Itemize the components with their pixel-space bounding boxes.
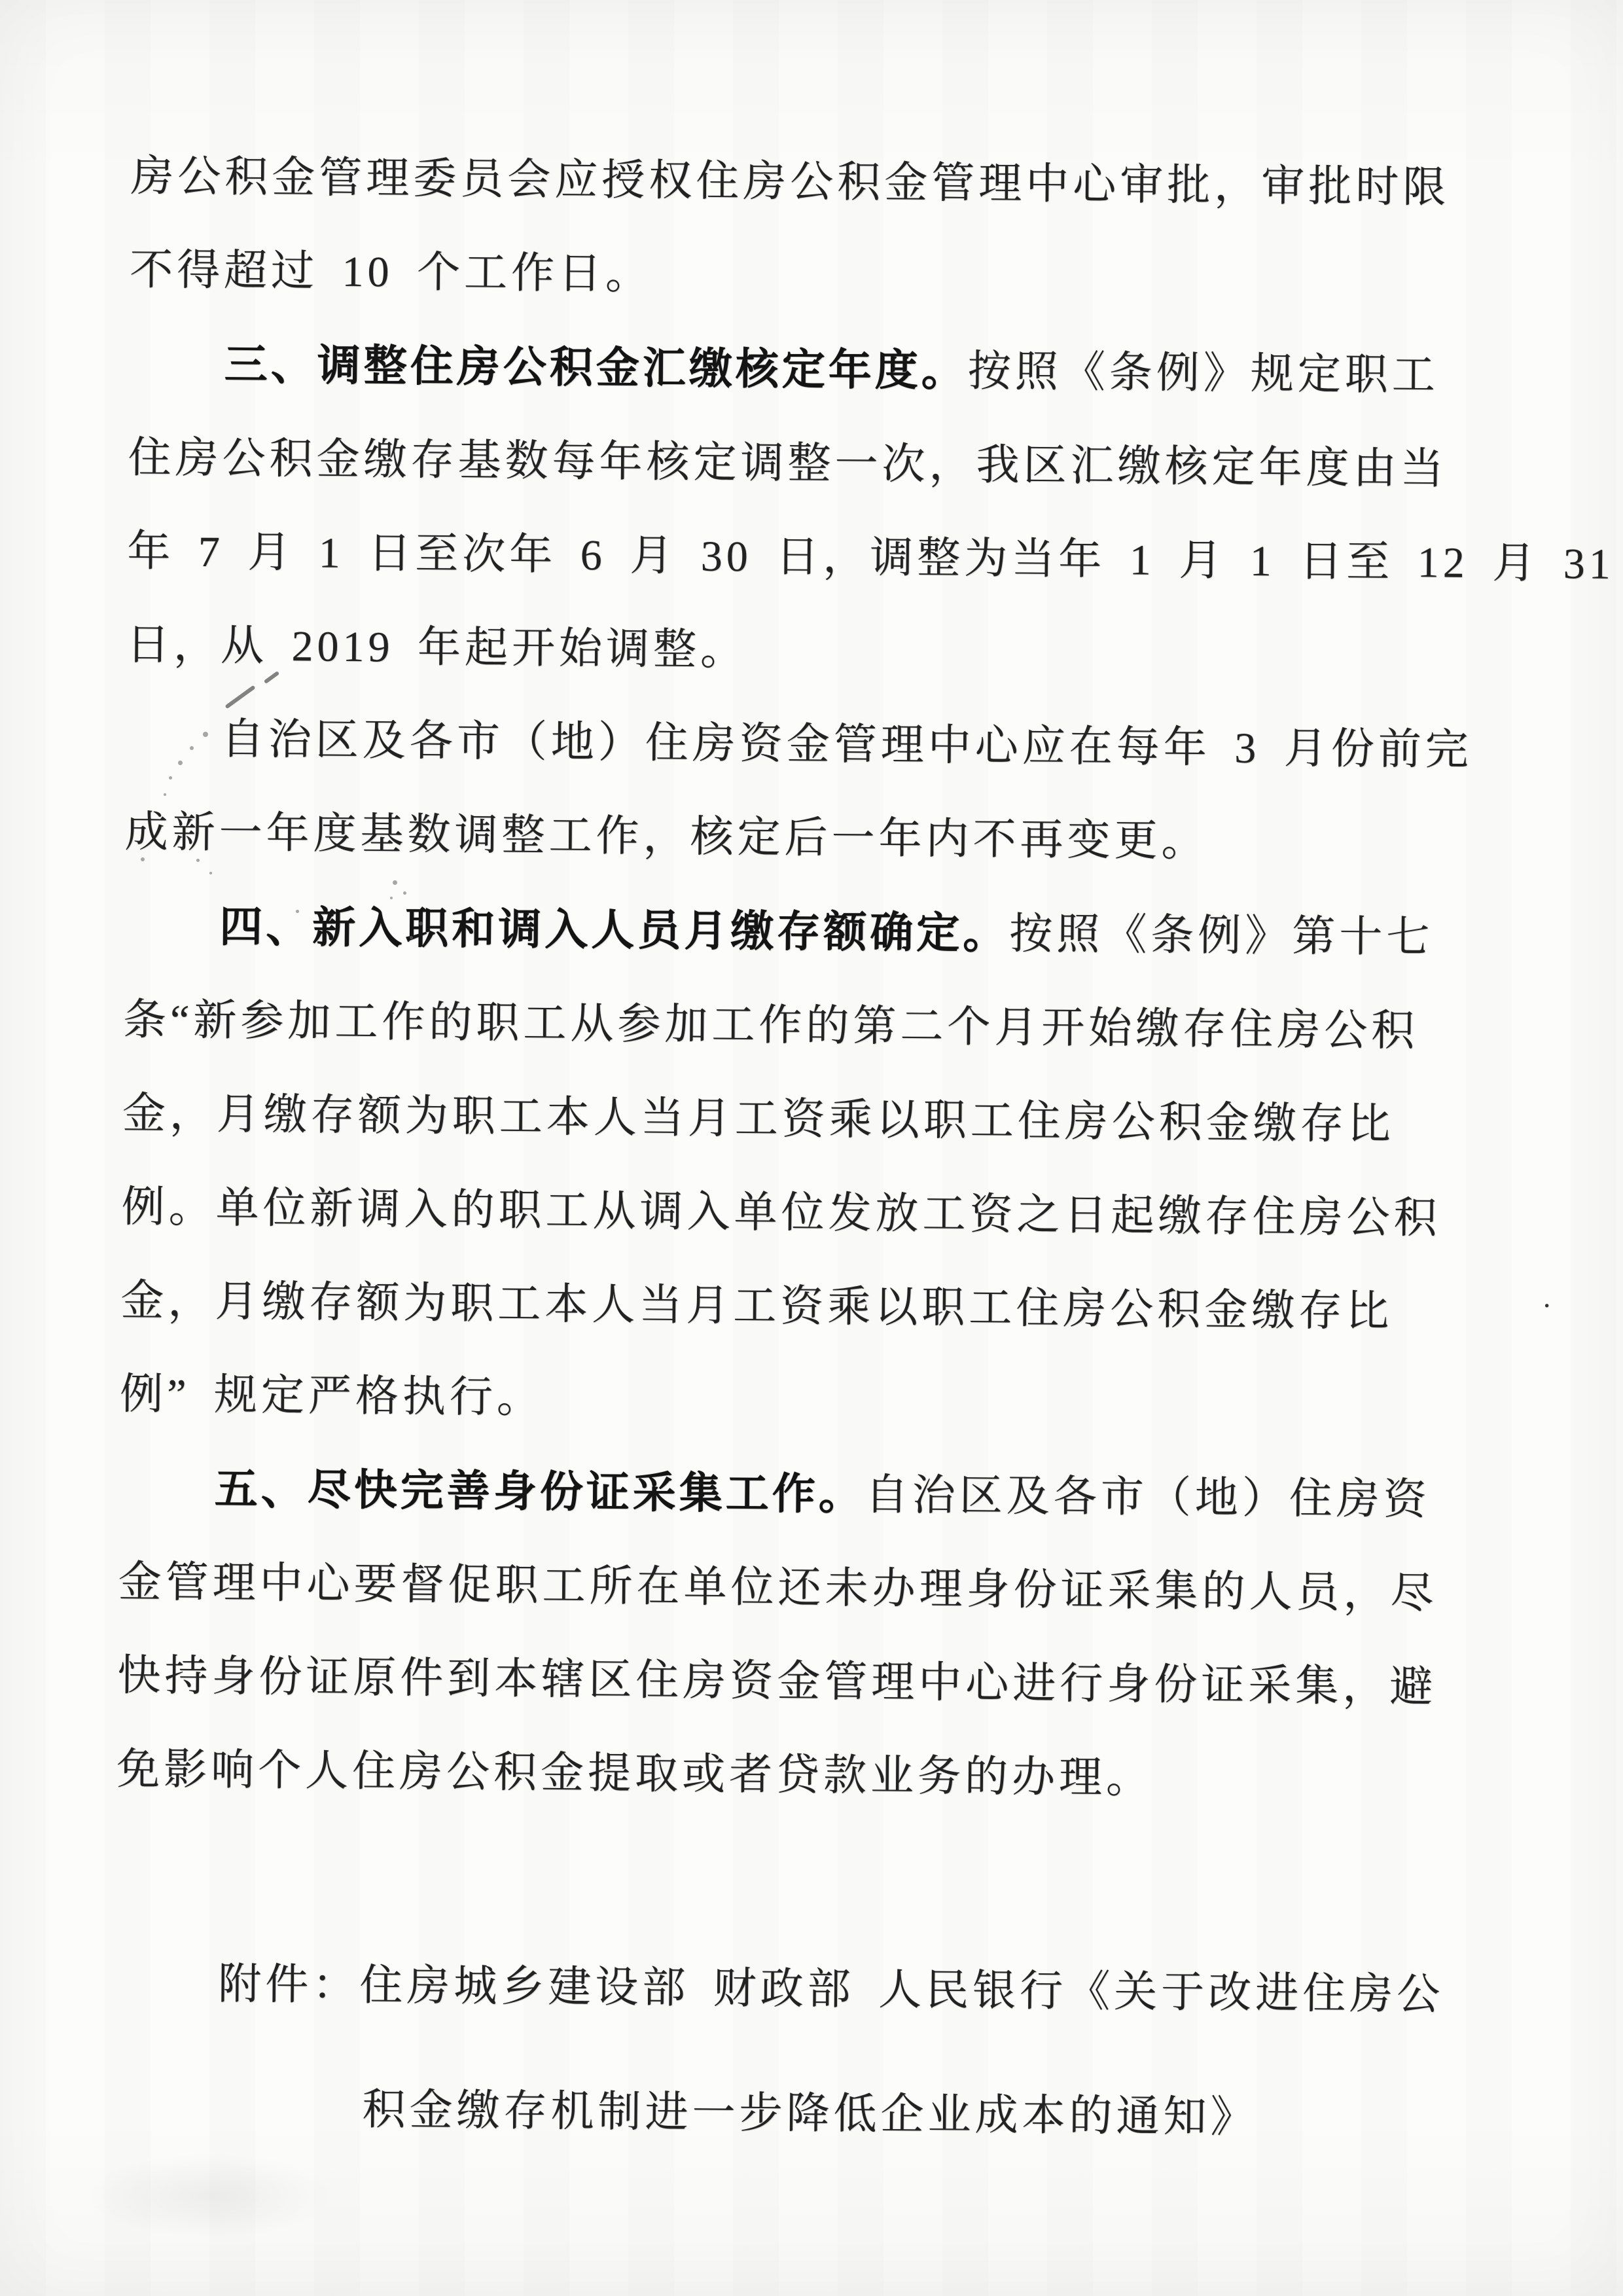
body-run: 日，从 2019 年起开始调整。 xyxy=(126,621,748,674)
body-run: 住房公积金缴存基数每年核定调整一次，我区汇缴核定年度由当 xyxy=(128,434,1448,493)
body-run: 免影响个人住房公积金提取或者贷款业务的办理。 xyxy=(116,1746,1154,1803)
scan-speckle xyxy=(196,859,200,862)
attachment-block: 附件：住房城乡建设部 财政部 人民银行《关于改进住房公 积金缴存机制进一步降低企… xyxy=(113,1922,1463,2182)
body-line-11: 金，月缴存额为职工本人当月工资乘以职工住房公积金缴存比 xyxy=(122,1067,1471,1172)
heading-run: 三、调整住房公积金汇缴核定年度。 xyxy=(224,340,969,395)
body-run: 自治区及各市（地）住房资 xyxy=(865,1471,1431,1524)
body-run: 例。单位新调入的职工从调入单位发放工资之日起缴存住房公积 xyxy=(121,1183,1441,1243)
document-body: 房公积金管理委员会应授权住房公积金管理中心审批，审批时限 不得超过 10 个工作… xyxy=(113,130,1479,2182)
body-run: 按照《条例》第十七 xyxy=(1009,910,1434,962)
body-run: 例” 规定严格执行。 xyxy=(120,1371,544,1422)
body-line-6: 日，从 2019 年起开始调整。 xyxy=(126,598,1475,704)
body-line-10: 条“新参加工作的职工从参加工作的第二个月开始缴存住房公积 xyxy=(123,973,1472,1079)
body-run: 自治区及各市（地）住房资金管理中心应在每年 3 月份前完 xyxy=(221,715,1473,774)
body-line-17: 快持身份证原件到本辖区住房资金管理中心进行身份证采集，避 xyxy=(117,1629,1466,1734)
body-line-18: 免影响个人住房公积金提取或者贷款业务的办理。 xyxy=(116,1723,1465,1828)
attachment-line-1: 附件：住房城乡建设部 财政部 人民银行《关于改进住房公 xyxy=(114,1922,1463,2058)
body-line-9: 四、新入职和调入人员月缴存额确定。按照《条例》第十七 xyxy=(124,879,1472,985)
scanned-page: 房公积金管理委员会应授权住房公积金管理中心审批，审批时限 不得超过 10 个工作… xyxy=(0,0,1623,2296)
body-run: 年 7 月 1 日至次年 6 月 30 日，调整为当年 1 月 1 日至 12 … xyxy=(127,528,1614,588)
scan-speckle xyxy=(190,746,194,750)
body-line-13: 金，月缴存额为职工本人当月工资乘以职工住房公积金缴存比 xyxy=(120,1254,1469,1359)
ink-dot-artifact: · xyxy=(1542,1291,1552,1321)
body-line-14: 例” 规定严格执行。 xyxy=(120,1348,1469,1453)
scan-speckle xyxy=(141,857,145,861)
body-line-16: 金管理中心要督促职工所在单位还未办理身份证采集的人员，尽 xyxy=(118,1535,1467,1641)
body-run: 金，月缴存额为职工本人当月工资乘以职工住房公积金缴存比 xyxy=(122,1090,1395,1149)
body-line-3: 三、调整住房公积金汇缴核定年度。按照《条例》规定职工 xyxy=(128,317,1477,423)
scan-speckle xyxy=(203,732,208,737)
body-run: 条“新参加工作的职工从参加工作的第二个月开始缴存住房公积 xyxy=(123,996,1419,1055)
scan-speckle xyxy=(164,793,166,796)
scan-speckle xyxy=(390,897,393,899)
body-run: 金，月缴存额为职工本人当月工资乘以职工住房公积金缴存比 xyxy=(120,1277,1393,1336)
body-run: 按照《条例》规定职工 xyxy=(968,348,1440,399)
body-line-7: 自治区及各市（地）住房资金管理中心应在每年 3 月份前完 xyxy=(125,692,1474,797)
scan-speckle xyxy=(393,880,397,885)
body-run: 金管理中心要督促职工所在单位还未办理身份证采集的人员，尽 xyxy=(118,1558,1438,1618)
scan-speckle xyxy=(296,910,299,913)
body-run: 房公积金管理委员会应授权住房公积金管理中心审批，审批时限 xyxy=(130,152,1450,212)
scan-speckle xyxy=(178,761,183,765)
body-line-15: 五、尽快完善身份证采集工作。自治区及各市（地）住房资 xyxy=(118,1441,1467,1547)
heading-run: 四、新入职和调入人员月缴存额确定。 xyxy=(219,902,1010,958)
body-run: 快持身份证原件到本辖区住房资金管理中心进行身份证采集，避 xyxy=(117,1652,1437,1712)
attachment-line-2: 积金缴存机制进一步降低企业成本的通知》 xyxy=(113,2046,1463,2182)
scan-speckle xyxy=(209,872,212,874)
body-line-2: 不得超过 10 个工作日。 xyxy=(130,223,1478,329)
heading-run: 五、尽快完善身份证采集工作。 xyxy=(215,1464,866,1518)
body-line-4: 住房公积金缴存基数每年核定调整一次，我区汇缴核定年度由当 xyxy=(128,411,1476,516)
body-line-8: 成新一年度基数调整工作，核定后一年内不再变更。 xyxy=(124,785,1473,891)
scan-speckle xyxy=(410,936,413,939)
body-run: 积金缴存机制进一步降低企业成本的通知》 xyxy=(362,2086,1258,2142)
body-run: 不得超过 10 个工作日。 xyxy=(130,246,653,298)
scan-speckle xyxy=(403,891,406,895)
body-line-12: 例。单位新调入的职工从调入单位发放工资之日起缴存住房公积 xyxy=(121,1160,1470,1266)
scan-speckle xyxy=(169,776,172,780)
body-line-5: 年 7 月 1 日至次年 6 月 30 日，调整为当年 1 月 1 日至 12 … xyxy=(127,505,1476,610)
body-line-1: 房公积金管理委员会应授权住房公积金管理中心审批，审批时限 xyxy=(130,130,1479,235)
scan-speckle xyxy=(419,922,423,925)
body-run: 附件：住房城乡建设部 财政部 人民银行《关于改进住房公 xyxy=(218,1960,1444,2018)
body-run: 成新一年度基数调整工作，核定后一年内不再变更。 xyxy=(124,808,1209,865)
